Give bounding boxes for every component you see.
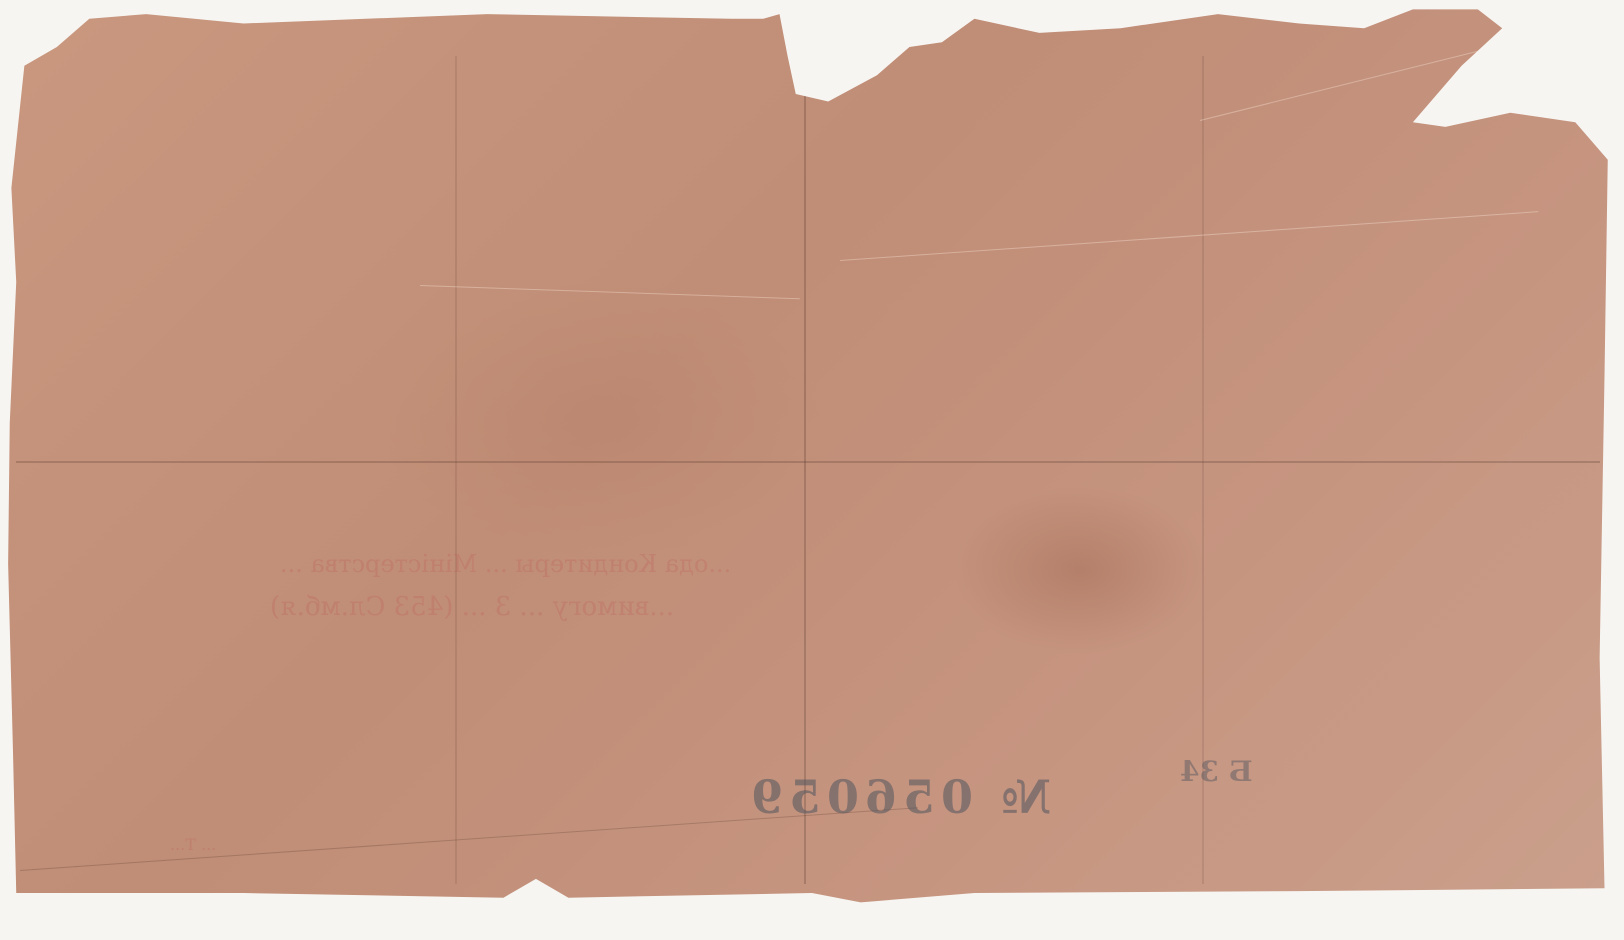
faint-text-line-2: ...вимогу ... 3 ... (453 Сл.мб.я) bbox=[270, 592, 674, 622]
vertical-fold bbox=[455, 56, 457, 883]
tear-line bbox=[1200, 23, 1588, 121]
crease bbox=[420, 285, 800, 299]
horizontal-fold bbox=[16, 461, 1599, 463]
banknote-photo: ...ода Кондитеры ... Міністерства ... ..… bbox=[0, 0, 1624, 940]
vertical-fold bbox=[804, 56, 806, 883]
serial-number: № 056059 bbox=[745, 770, 1051, 824]
faint-text-line-1: ...ода Кондитеры ... Міністерства ... bbox=[280, 550, 731, 578]
faint-text-bottom: ... Т... bbox=[170, 835, 216, 854]
crease bbox=[840, 211, 1538, 261]
series-mark: Б 34 bbox=[1180, 755, 1253, 789]
